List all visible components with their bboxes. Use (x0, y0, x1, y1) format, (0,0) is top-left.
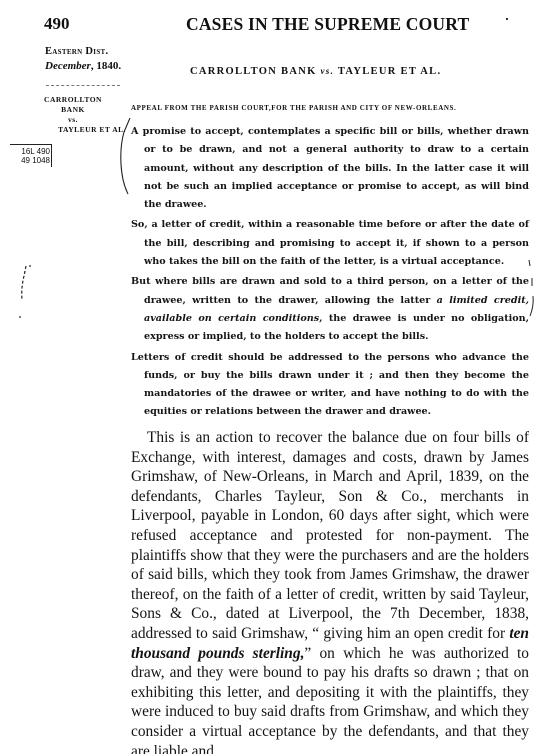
pencil-bracket-mark (526, 258, 538, 318)
pencil-brace-mark (118, 116, 132, 196)
margin-title-line: TAYLEUR ET AL. (18, 125, 128, 135)
citation-line: 49 1048 (10, 156, 50, 165)
case-title-defendant: TAYLEUR ET AL. (334, 66, 441, 77)
date-year: , 1840. (91, 60, 121, 72)
opinion-body: This is an action to recover the balance… (131, 428, 529, 754)
running-head: CASES IN THE SUPREME COURT (186, 14, 469, 35)
date-month: December (45, 60, 91, 72)
citation-box: 16L 490 49 1048 (10, 144, 52, 167)
margin-case-title: CARROLLTON BANK vs. TAYLEUR ET AL. (18, 95, 128, 135)
margin-title-line: CARROLLTON (18, 95, 128, 105)
scan-speck (506, 18, 508, 20)
sidenote-divider (46, 85, 120, 86)
syllabus-paragraph: Letters of credit should be addressed to… (131, 349, 529, 422)
body-text: This is an action to recover the balance… (131, 429, 529, 642)
syllabus-paragraph: So, a letter of credit, within a reasona… (131, 216, 529, 271)
document-page: 490 CASES IN THE SUPREME COURT Eastern D… (0, 0, 546, 754)
syllabus: A promise to accept, contemplates a spec… (131, 123, 529, 424)
appeal-line: APPEAL FROM THE PARISH COURT,FOR THE PAR… (131, 104, 456, 112)
district-sidenote: Eastern Dist. (45, 46, 108, 57)
case-title-vs: vs. (321, 66, 335, 76)
body-paragraph: This is an action to recover the balance… (131, 428, 529, 754)
margin-title-line: vs. (18, 115, 128, 125)
syllabus-paragraph: A promise to accept, contemplates a spec… (131, 123, 529, 214)
page-number: 490 (44, 14, 70, 34)
case-title: CARROLLTON BANK vs. TAYLEUR ET AL. (190, 66, 441, 77)
date-sidenote: December, 1840. (45, 60, 121, 72)
syllabus-paragraph: But where bills are drawn and sold to a … (131, 273, 529, 346)
citation-line: 16L 490 (10, 147, 50, 156)
case-title-plaintiff: CARROLLTON BANK (190, 66, 321, 77)
margin-title-line: BANK (18, 105, 128, 115)
pencil-margin-mark (16, 262, 36, 322)
